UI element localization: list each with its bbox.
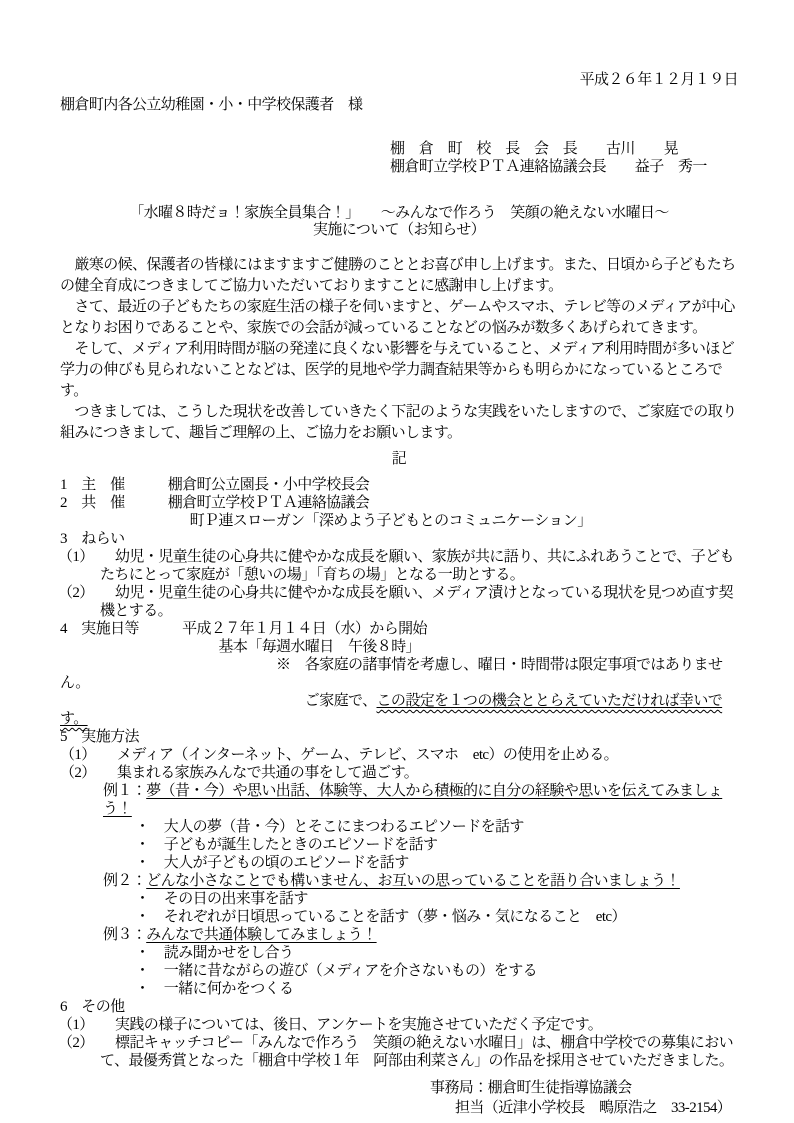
other-item-1: （1） 実践の様子については、後日、アンケートを実施させていただく予定です。 [60, 1016, 738, 1034]
schedule-item: 4 実施日等 平成２７年１月１４日（水）から開始 [60, 620, 738, 638]
example-2-heading: 例２：どんな小さなことでも構いません、お互いの思っていることを語り合いましょう！ [103, 872, 738, 890]
example-3-label: 例３： [103, 927, 146, 943]
organizer-item: 1 主 催 棚倉町公立園長・小中学校長会 [60, 476, 738, 494]
schedule-note-prefix: ご家庭で、 [60, 693, 377, 709]
evidence-paragraph: そして、メディア利用時間が脳の発達に良くない影響を与えていること、メディア利用時… [60, 339, 738, 402]
aims-heading: 3 ねらい [60, 530, 738, 548]
greeting-paragraph: 厳寒の候、保護者の皆様にはますますご健勝のこととお喜び申し上げます。また、日頃か… [60, 255, 738, 297]
example-1-underlined-text: 夢（昔・今）や思い出話、体験等、大人から積極的に自分の経験や思いを伝えてみましょ… [103, 783, 722, 817]
record-marker: 記 [60, 449, 738, 470]
sender-block: 棚 倉 町 校 長 会 長 古川 晃 棚倉町立学校ＰＴＡ連絡協議会長 益子 秀一 [390, 140, 738, 176]
pta-slogan-line: 町Ｐ連スローガン「深めよう子どもとのコミュニケーション」 [60, 512, 738, 530]
document-page: 平成２６年１２月１９日 棚倉町内各公立幼稚園・小・中学校保護者 様 棚 倉 町 … [0, 0, 794, 1123]
example-3-heading: 例３：みんなで共通体験してみましょう！ [103, 926, 738, 944]
co-organizer-item: 2 共 催 棚倉町立学校ＰＴＡ連絡協議会 [60, 494, 738, 512]
body-block: 厳寒の候、保護者の皆様にはますますご健勝のこととお喜び申し上げます。また、日頃か… [60, 255, 738, 444]
schedule-note-line: ※ 各家庭の諸事情を考慮し、曜日・時間帯は限定事項ではありません。 [60, 656, 738, 692]
notice-title: 「水曜８時だョ！家族全員集合！」 ～みんなで作ろう 笑顔の絶えない水曜日～ [60, 205, 738, 222]
example-3-bullet-2: ・ 一緒に昔ながらの遊び（メディアを介さないもの）をする [135, 962, 738, 980]
title-block: 「水曜８時だョ！家族全員集合！」 ～みんなで作ろう 笑顔の絶えない水曜日～ 実施… [60, 205, 738, 239]
example-2-bullet-2: ・ それぞれが日頃思っていることを話す（夢・悩み・気になること etc） [135, 908, 738, 926]
example-1-heading: 例１：夢（昔・今）や思い出話、体験等、大人から積極的に自分の経験や思いを伝えてみ… [103, 782, 738, 818]
example-2-label: 例２： [103, 873, 146, 889]
footer-block: 事務局：棚倉町生徒指導協議会 担当（近津小学校長 鴫原浩之 33-2154） [60, 1078, 738, 1118]
example-3-underlined-text: みんなで共通体験してみましょう！ [146, 927, 376, 943]
addressee-line: 棚倉町内各公立幼稚園・小・中学校保護者 様 [60, 95, 738, 116]
schedule-basic-line: 基本「毎週水曜日 午後８時」 [60, 638, 738, 656]
other-heading: 6 その他 [60, 998, 738, 1016]
aim-item-2: （2） 幼児・児童生徒の心身共に健やかな成長を願い、メディア漬けとなっている現状… [60, 584, 738, 620]
details-block: 1 主 催 棚倉町公立園長・小中学校長会 2 共 催 棚倉町立学校ＰＴＡ連絡協議… [60, 476, 738, 1070]
notice-subtitle: 実施について（お知らせ） [60, 222, 738, 239]
method-item-1: （1） メディア（インターネット、ゲーム、テレビ、スマホ etc）の使用を止める… [60, 746, 738, 764]
background-paragraph: さて、最近の子どもたちの家庭生活の様子を伺いますと、ゲームやスマホ、テレビ等のメ… [60, 297, 738, 339]
other-item-2: （2） 標記キャッチコピー「みんなで作ろう 笑顔の絶えない水曜日」は、棚倉中学校… [60, 1034, 738, 1070]
sender-principal-association-line: 棚 倉 町 校 長 会 長 古川 晃 [390, 140, 738, 158]
example-3-bullet-1: ・ 読み聞かせをし合う [135, 944, 738, 962]
example-2-underlined-text: どんな小さなことでも構いません、お互いの思っていることを語り合いましょう！ [146, 873, 680, 889]
example-1-bullet-3: ・ 大人が子どもの頃のエピソードを話す [135, 854, 738, 872]
method-heading: 5 実施方法 [60, 728, 738, 746]
sender-pta-council-line: 棚倉町立学校ＰＴＡ連絡協議会長 益子 秀一 [390, 158, 738, 176]
example-1-bullet-1: ・ 大人の夢（昔・今）とそこにまつわるエピソードを話す [135, 818, 738, 836]
example-1-bullet-2: ・ 子どもが誕生したときのエピソードを話す [135, 836, 738, 854]
aim-item-1: （1） 幼児・児童生徒の心身共に健やかな成長を願い、家族が共に語り、共にふれあう… [60, 548, 738, 584]
date-line: 平成２６年１２月１９日 [60, 70, 738, 91]
schedule-note-emphasis-line: ご家庭で、この設定を１つの機会ととらえていただければ幸いです。 [60, 692, 738, 728]
contact-line: 担当（近津小学校長 鴫原浩之 33-2154） [455, 1098, 738, 1118]
method-item-2: （2） 集まれる家族みんなで共通の事をして過ごす。 [60, 764, 738, 782]
secretariat-line: 事務局：棚倉町生徒指導協議会 [430, 1078, 738, 1098]
example-2-bullet-1: ・ その日の出来事を話す [135, 890, 738, 908]
request-paragraph: つきましては、こうした現状を改善していきたく下記のような実践をいたしますので、ご… [60, 402, 738, 444]
example-3-bullet-3: ・ 一緒に何かをつくる [135, 980, 738, 998]
example-1-label: 例１： [103, 783, 146, 799]
